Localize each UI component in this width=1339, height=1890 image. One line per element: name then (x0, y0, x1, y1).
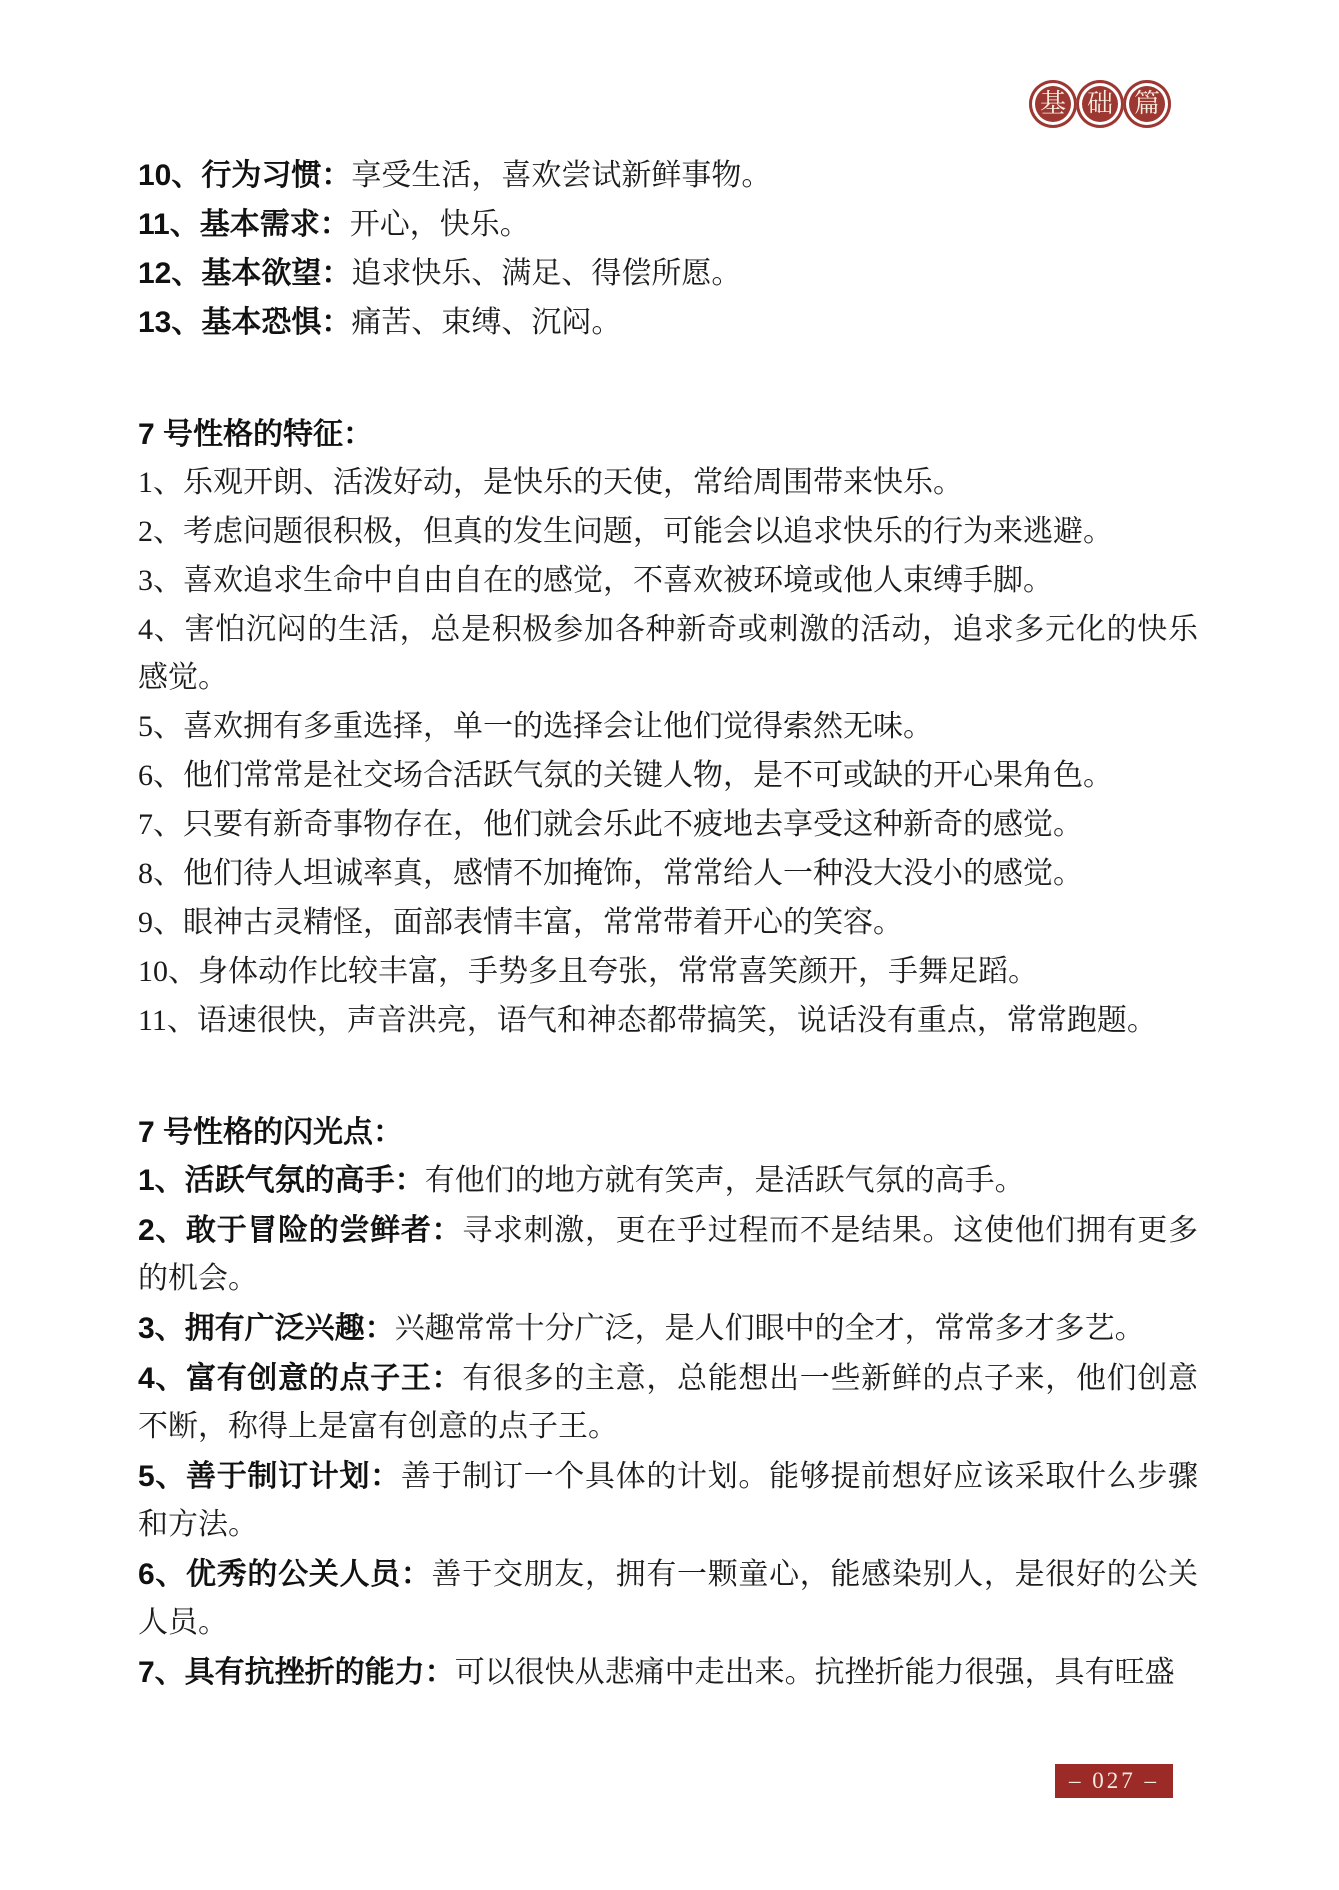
list-item: 7、只要有新奇事物存在，他们就会乐此不疲地去享受这种新奇的感觉。 (138, 801, 1198, 849)
list-item: 6、他们常常是社交场合活跃气氛的关键人物，是不可或缺的开心果角色。 (138, 752, 1198, 800)
list-item: 3、拥有广泛兴趣：兴趣常常十分广泛，是人们眼中的全才，常常多才多艺。 (138, 1305, 1198, 1353)
item-label: 12、基本欲望： (138, 257, 351, 290)
list-item: 1、乐观开朗、活泼好动，是快乐的天使，常给周围带来快乐。 (138, 459, 1198, 507)
item-text: 兴趣常常十分广泛，是人们眼中的全才，常常多才多艺。 (395, 1312, 1145, 1345)
page-body-text: 10、行为习惯：享受生活，喜欢尝试新鲜事物。 11、基本需求：开心，快乐。 12… (138, 152, 1198, 1699)
list-item: 11、基本需求：开心，快乐。 (138, 201, 1198, 249)
item-label: 1、活跃气氛的高手： (138, 1164, 425, 1197)
list-item: 11、语速很快，声音洪亮，语气和神态都带搞笑，说话没有重点，常常跑题。 (138, 997, 1198, 1045)
page-number: – 027 – (1069, 1768, 1159, 1794)
section-heading-strengths: 7 号性格的闪光点： (138, 1109, 1198, 1157)
chapter-badge-label: 基 (1040, 91, 1066, 117)
chapter-badge-2: 础 (1076, 80, 1124, 128)
list-item: 1、活跃气氛的高手：有他们的地方就有笑声，是活跃气氛的高手。 (138, 1157, 1198, 1205)
section-strengths-list: 1、活跃气氛的高手：有他们的地方就有笑声，是活跃气氛的高手。 2、敢于冒险的尝鲜… (138, 1157, 1198, 1697)
list-item: 8、他们待人坦诚率真，感情不加掩饰，常常给人一种没大没小的感觉。 (138, 850, 1198, 898)
item-label: 11、基本需求： (138, 208, 350, 241)
page-number-badge: – 027 – (1055, 1764, 1173, 1798)
list-item: 10、行为习惯：享受生活，喜欢尝试新鲜事物。 (138, 152, 1198, 200)
list-item: 3、喜欢追求生命中自由自在的感觉，不喜欢被环境或他人束缚手脚。 (138, 557, 1198, 605)
item-label: 7、具有抗挫折的能力： (138, 1656, 455, 1689)
list-item: 5、善于制订计划：善于制订一个具体的计划。能够提前想好应该采取什么步骤和方法。 (138, 1453, 1198, 1549)
section-traits-list: 1、乐观开朗、活泼好动，是快乐的天使，常给周围带来快乐。 2、考虑问题很积极，但… (138, 459, 1198, 1045)
list-item: 9、眼神古灵精怪，面部表情丰富，常常带着开心的笑容。 (138, 899, 1198, 947)
list-item: 2、敢于冒险的尝鲜者：寻求刺激，更在乎过程而不是结果。这使他们拥有更多的机会。 (138, 1207, 1198, 1303)
list-item: 10、身体动作比较丰富，手势多且夸张，常常喜笑颜开，手舞足蹈。 (138, 948, 1198, 996)
item-label: 2、敢于冒险的尝鲜者： (138, 1214, 462, 1247)
item-text: 追求快乐、满足、得偿所愿。 (351, 257, 741, 290)
item-text: 开心，快乐。 (350, 208, 530, 241)
list-item: 2、考虑问题很积极，但真的发生问题，可能会以追求快乐的行为来逃避。 (138, 508, 1198, 556)
chapter-badge-3: 篇 (1123, 80, 1171, 128)
chapter-badge-label: 础 (1087, 91, 1113, 117)
item-label: 6、优秀的公关人员： (138, 1558, 432, 1591)
item-text: 可以很快从悲痛中走出来。抗挫折能力很强，具有旺盛 (455, 1656, 1175, 1689)
item-label: 13、基本恐惧： (138, 306, 351, 339)
item-label: 4、富有创意的点子王： (138, 1362, 462, 1395)
chapter-badge-1: 基 (1029, 80, 1077, 128)
list-item: 12、基本欲望：追求快乐、满足、得偿所愿。 (138, 250, 1198, 298)
list-item: 7、具有抗挫折的能力：可以很快从悲痛中走出来。抗挫折能力很强，具有旺盛 (138, 1649, 1198, 1697)
list-item: 4、害怕沉闷的生活，总是积极参加各种新奇或刺激的活动，追求多元化的快乐感觉。 (138, 606, 1198, 702)
chapter-badge-label: 篇 (1134, 91, 1160, 117)
section-heading-traits: 7 号性格的特征： (138, 411, 1198, 459)
item-label: 5、善于制订计划： (138, 1460, 401, 1493)
list-item: 5、喜欢拥有多重选择，单一的选择会让他们觉得索然无味。 (138, 703, 1198, 751)
list-item: 4、富有创意的点子王：有很多的主意，总能想出一些新鲜的点子来，他们创意不断，称得… (138, 1355, 1198, 1451)
item-text: 享受生活，喜欢尝试新鲜事物。 (351, 159, 771, 192)
item-label: 3、拥有广泛兴趣： (138, 1312, 395, 1345)
item-label: 10、行为习惯： (138, 159, 351, 192)
list-item: 13、基本恐惧：痛苦、束缚、沉闷。 (138, 299, 1198, 347)
item-text: 痛苦、束缚、沉闷。 (351, 306, 621, 339)
chapter-badges: 基 础 篇 (1030, 80, 1171, 128)
item-text: 有他们的地方就有笑声，是活跃气氛的高手。 (425, 1164, 1025, 1197)
list-item: 6、优秀的公关人员：善于交朋友，拥有一颗童心，能感染别人，是很好的公关人员。 (138, 1551, 1198, 1647)
